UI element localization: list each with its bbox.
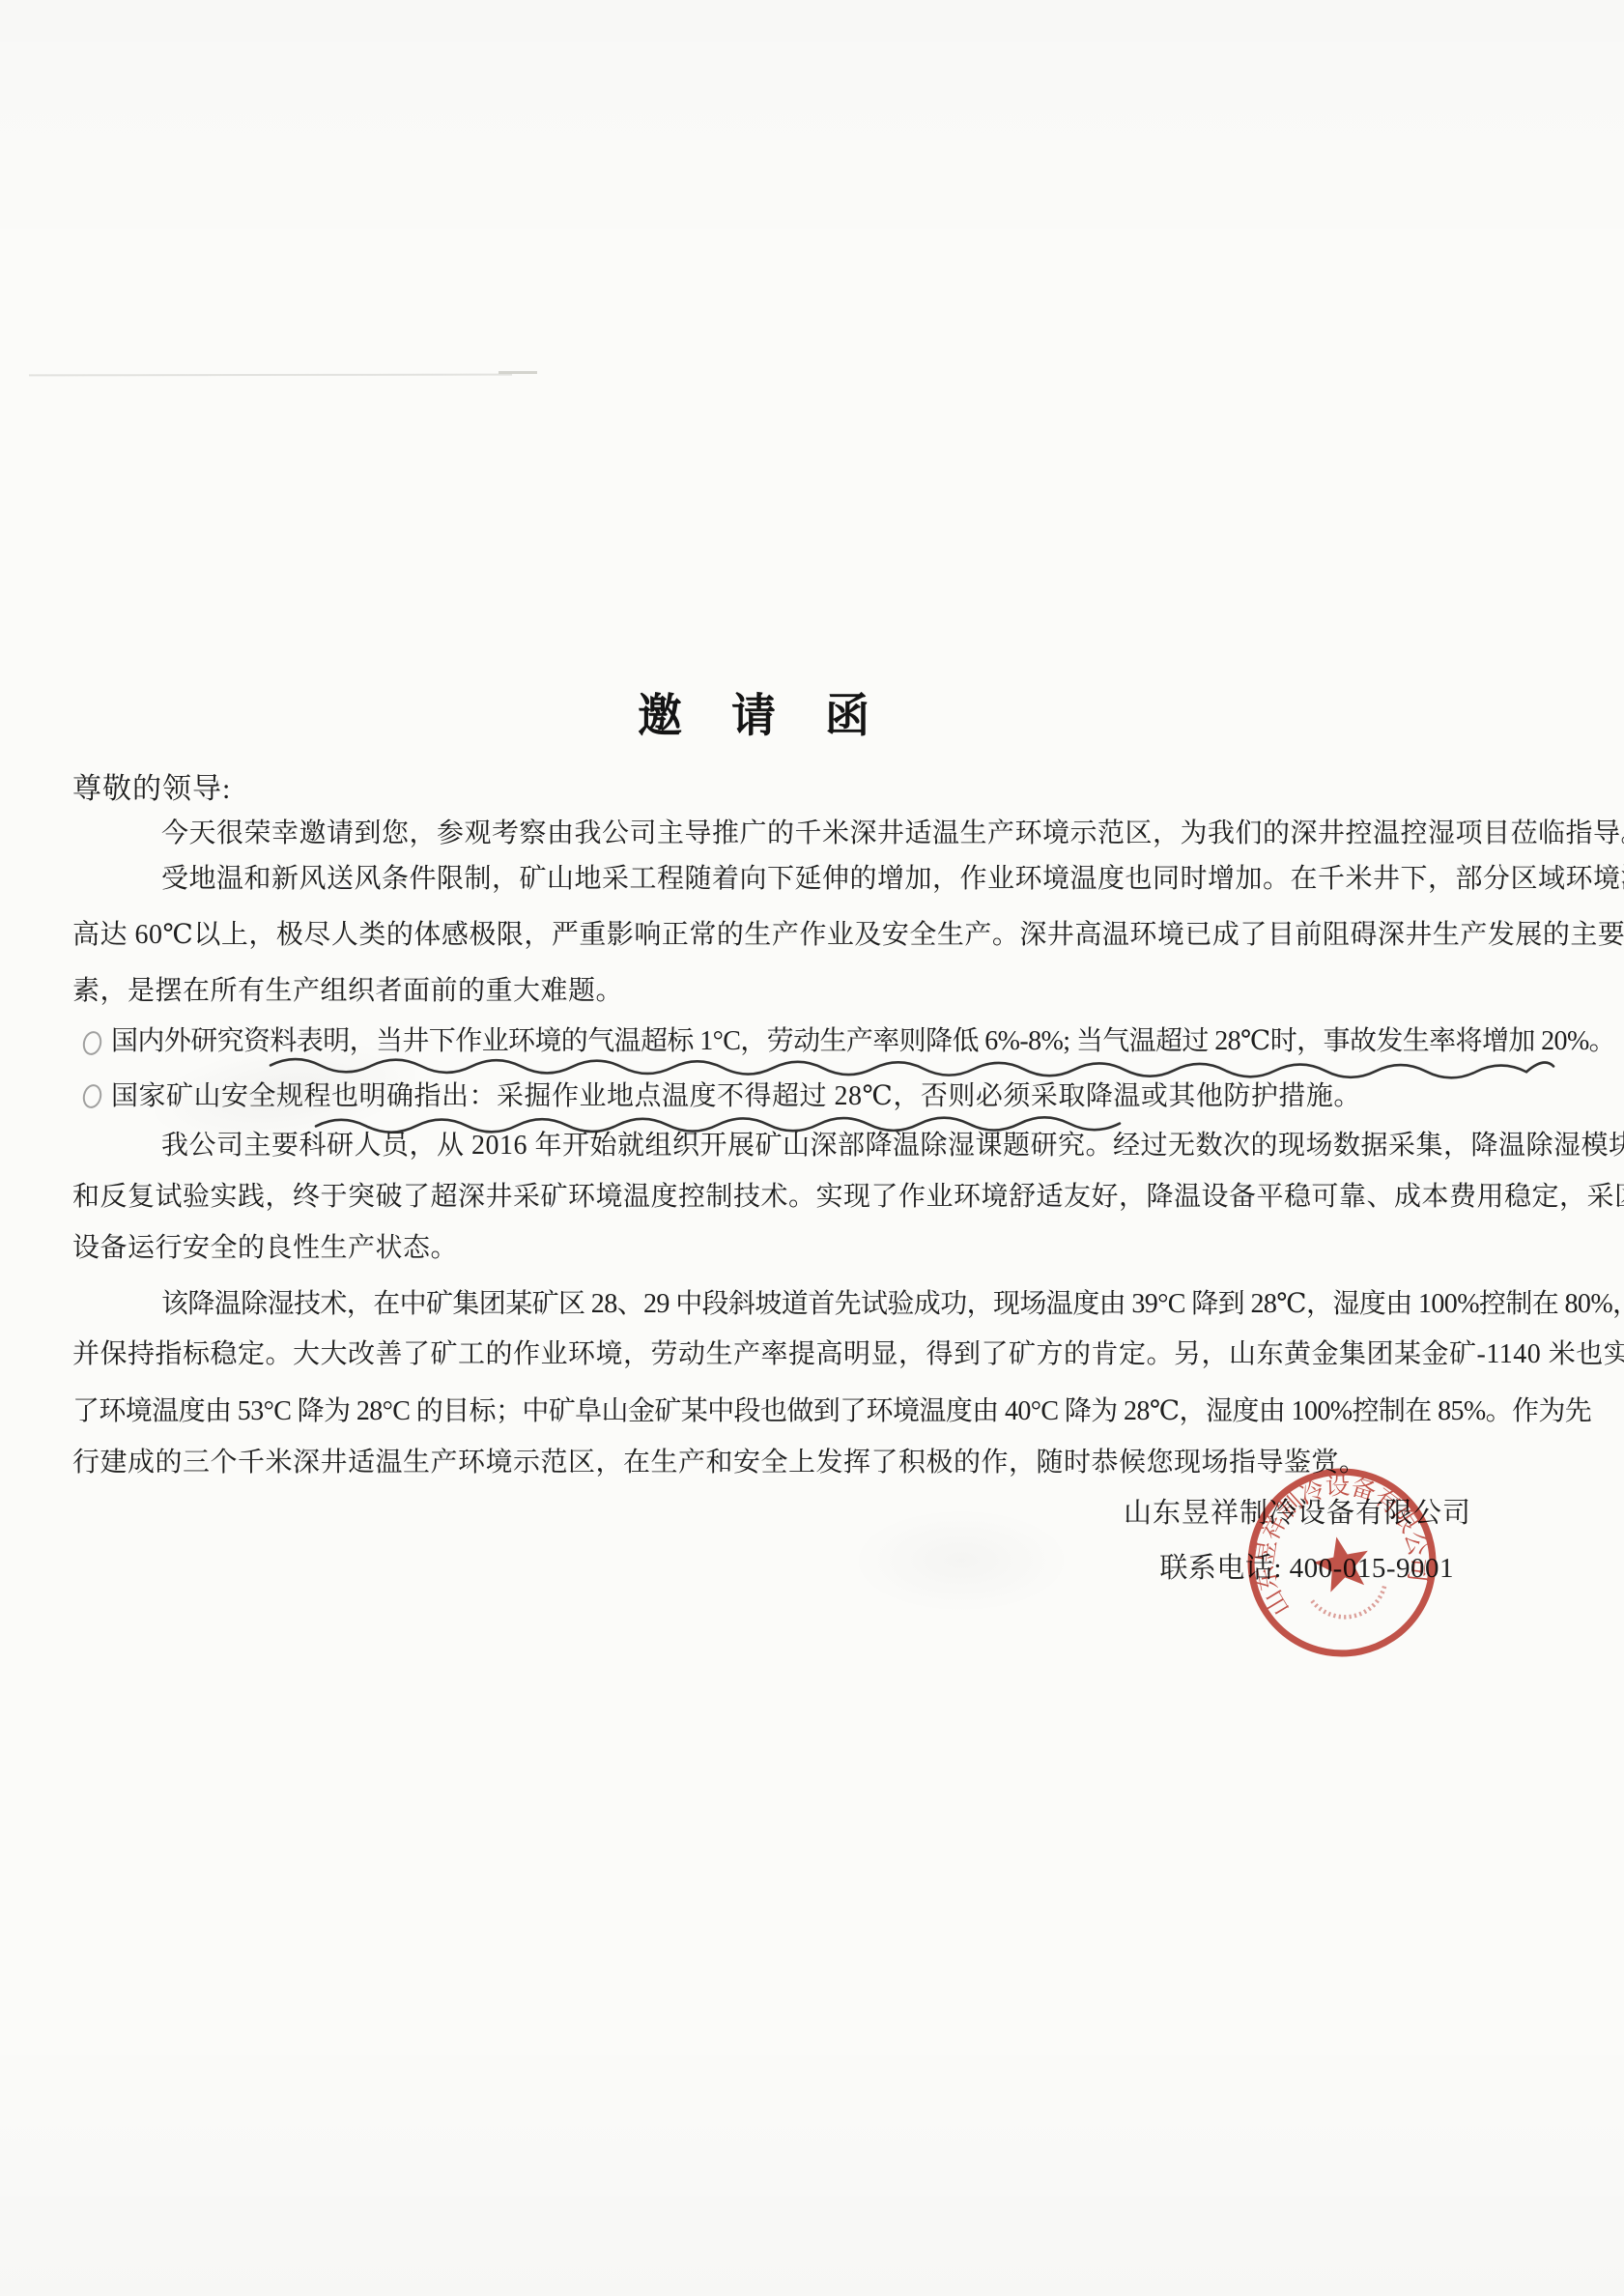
title-char: 邀 <box>638 679 682 746</box>
seal-serial-band <box>1312 1586 1389 1624</box>
company-seal-stamp: 山东昱祥制冷设备有限公司 <box>1226 1447 1458 1679</box>
body-line-6: 国家矿山安全规程也明确指出：采掘作业地点温度不得超过 28℃，否则必须采取降温或… <box>72 1077 1618 1116</box>
body-line-8: 和反复试验实践，终于突破了超深井采矿环境温度控制技术。实现了作业环境舒适友好，降… <box>72 1178 1580 1217</box>
body-line-12: 了环境温度由 53°C 降为 28°C 的目标；中矿阜山金矿某中段也做到了环境温… <box>72 1392 1580 1431</box>
title-char: 请 <box>731 679 776 746</box>
body-line-7: 我公司主要科研人员，从 2016 年开始就组织开展矿山深部降温除湿课题研究。经过… <box>72 1127 1580 1165</box>
body-line-11: 并保持指标稳定。大大改善了矿工的作业环境，劳动生产率提高明显，得到了矿方的肯定。… <box>72 1335 1580 1374</box>
scanned-letter-page: 邀 请 函 尊敬的领导: 今天很荣幸邀请到您，参观考察由我公司主导推广的千米深井… <box>0 0 1624 2296</box>
body-line-2: 受地温和新风送风条件限制，矿山地采工程随着向下延伸的增加，作业环境温度也同时增加… <box>72 860 1580 899</box>
scan-artifact-line <box>29 374 512 377</box>
scan-artifact-tick <box>499 371 537 374</box>
document-title: 邀 请 函 <box>638 680 869 744</box>
body-line-5: 国内外研究资料表明，当井下作业环境的气温超标 1°C，劳动生产率则降低 6%-8… <box>72 1022 1618 1061</box>
body-line-10: 该降温除湿技术，在中矿集团某矿区 28、29 中段斜坡道首先试验成功，现场温度由… <box>72 1285 1580 1324</box>
body-line-4: 素，是摆在所有生产组织者面前的重大难题。 <box>72 972 1580 1011</box>
body-line-9: 设备运行安全的良性生产状态。 <box>72 1229 1580 1268</box>
seal-star-icon <box>1309 1531 1375 1594</box>
salutation: 尊敬的领导: <box>72 764 231 807</box>
scan-smudge <box>850 1507 1072 1614</box>
title-char: 函 <box>825 679 869 746</box>
body-line-3: 高达 60℃以上，极尽人类的体感极限，严重影响正常的生产作业及安全生产。深井高温… <box>72 916 1580 955</box>
body-line-1: 今天很荣幸邀请到您，参观考察由我公司主导推广的千米深井适温生产环境示范区，为我们… <box>72 815 1580 853</box>
